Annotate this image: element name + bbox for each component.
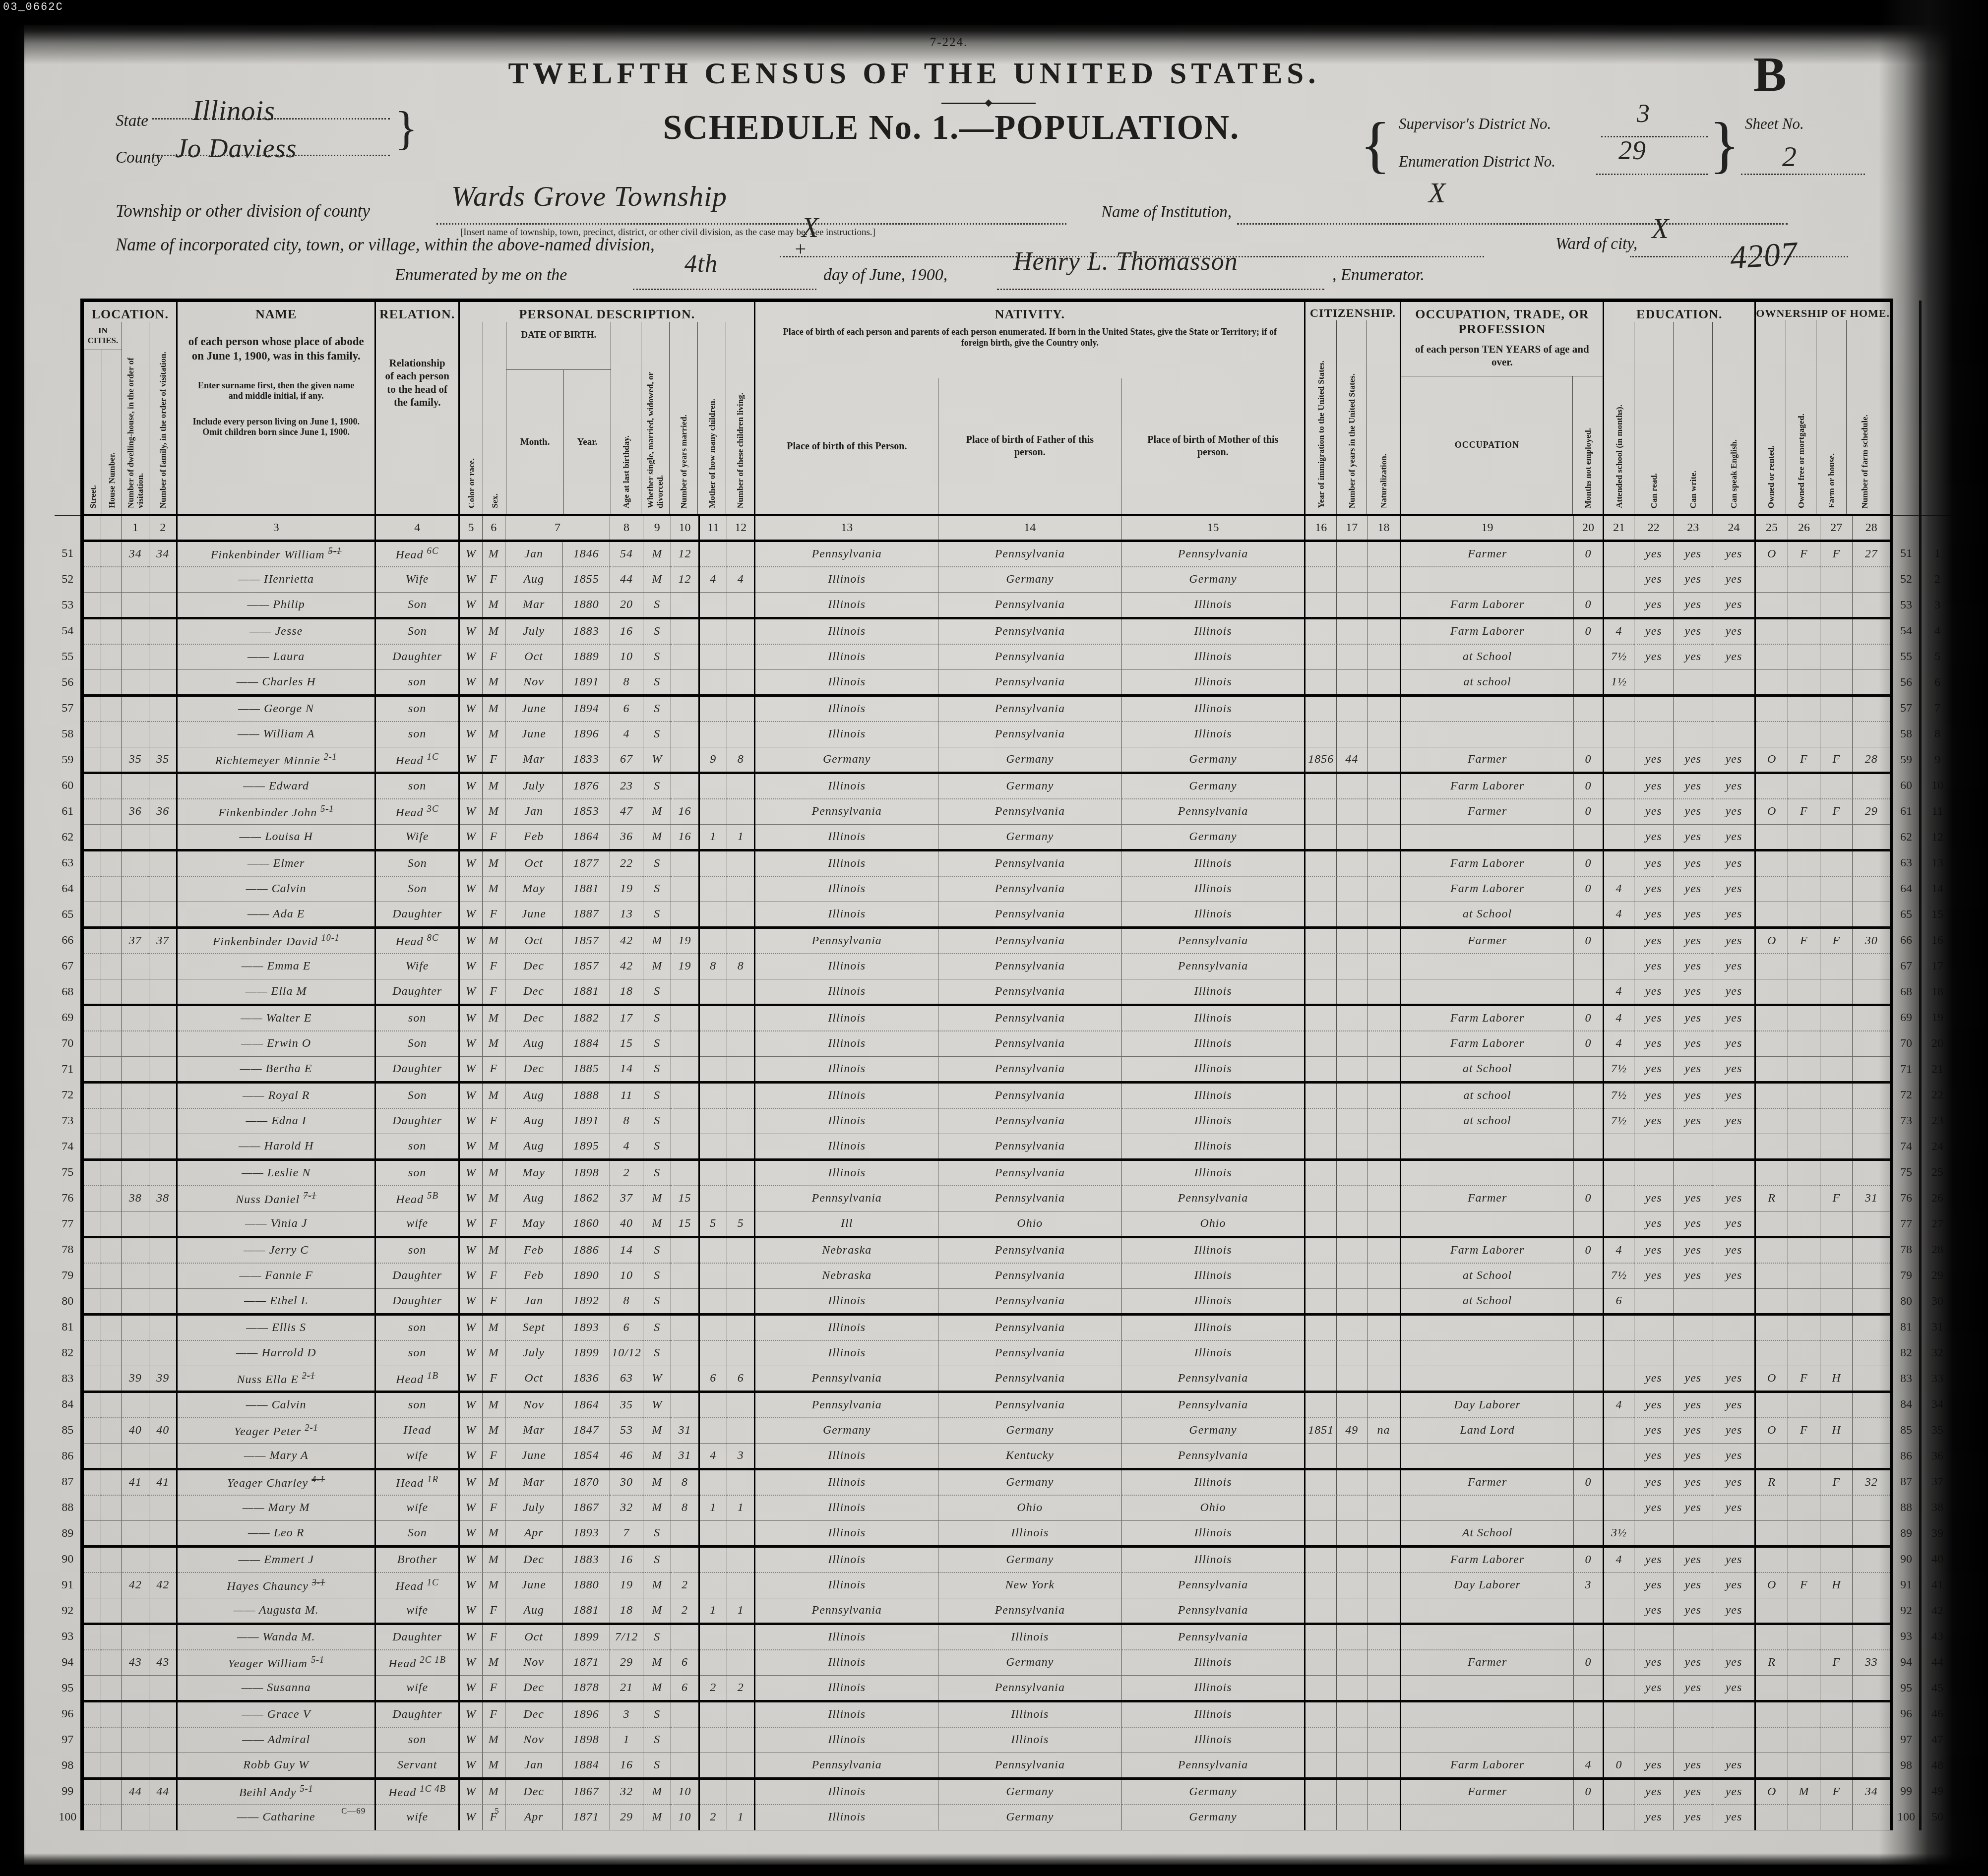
cell-farm-schedule: [1853, 902, 1891, 928]
cell-father-birthplace: Pennsylvania: [938, 928, 1122, 954]
cell-mother-of-children: [699, 618, 727, 644]
cell-birth-year: 1854: [562, 1444, 610, 1469]
cell-father-birthplace: Pennsylvania: [938, 1134, 1122, 1160]
cell-sex: F: [482, 825, 505, 850]
cell-mother-of-children: [699, 541, 727, 567]
cell-free-mortgaged: [1788, 1469, 1820, 1495]
cell-mother-of-children: 1: [699, 1598, 727, 1624]
cell-mother-of-children: [699, 1469, 727, 1495]
sequence-number: 4: [1920, 618, 1953, 644]
cell-owned-rented: [1755, 1521, 1788, 1547]
cell-relation: son: [375, 773, 459, 799]
cell-years-married: [671, 1134, 699, 1160]
cell-birth-year: 1891: [562, 670, 610, 696]
cell-mother-of-children: [699, 902, 727, 928]
cell-name: —— Bertha E: [177, 1057, 375, 1083]
cell-birth-year: 1899: [562, 1340, 610, 1366]
cell-dwelling-number: [122, 1727, 149, 1753]
cell-marital-status: S: [643, 1547, 671, 1573]
cell-years-in-us: [1337, 1779, 1367, 1805]
cell-farm-schedule: [1853, 1315, 1891, 1340]
cell-marital-status: S: [643, 1727, 671, 1753]
cell-children-living: 8: [727, 954, 755, 979]
line-number-right: 63: [1891, 850, 1920, 876]
cell-color-race: W: [459, 1392, 482, 1418]
cell-can-read: [1634, 1160, 1674, 1186]
cell-occupation: [1401, 696, 1573, 722]
cell-street: [82, 928, 101, 954]
cell-free-mortgaged: [1788, 1263, 1820, 1289]
cell-birth-month: Dec: [505, 1005, 562, 1031]
cell-months-not-employed: [1573, 1392, 1604, 1418]
cell-birthplace: Illinois: [755, 1650, 938, 1676]
cell-owned-rented: O: [1755, 1418, 1788, 1444]
header-dwelling-number: Number of dwelling-house, in the order o…: [126, 340, 145, 508]
cell-color-race: W: [459, 1237, 482, 1263]
cell-free-mortgaged: F: [1788, 1418, 1820, 1444]
cell-sex: M: [482, 1083, 505, 1108]
cell-owned-rented: O: [1755, 541, 1788, 567]
cell-birth-month: May: [505, 1211, 562, 1237]
line-number-right: 88: [1891, 1495, 1920, 1521]
cell-immigration-year: [1305, 1392, 1337, 1418]
cell-farm-house: [1820, 1521, 1853, 1547]
cell-family-number: 34: [149, 541, 177, 567]
cell-free-mortgaged: [1788, 1315, 1820, 1340]
cell-name: Finkenbinder William 5-1: [177, 541, 375, 567]
cell-years-in-us: [1337, 1031, 1367, 1057]
cell-can-speak-english: yes: [1713, 618, 1755, 644]
cell-farm-schedule: [1853, 1160, 1891, 1186]
line-number-left: 66: [55, 928, 82, 954]
cell-birthplace: Pennsylvania: [755, 928, 938, 954]
cell-street: [82, 1418, 101, 1444]
census-row: 69—— Walter EsonWMDec188217SIllinoisPenn…: [55, 1005, 1953, 1031]
cell-birth-month: Apr: [505, 1521, 562, 1547]
census-row: 62—— Louisa HWifeWFFeb186436M1611Illinoi…: [55, 825, 1953, 850]
cell-father-birthplace: Ohio: [938, 1495, 1122, 1521]
cell-birthplace: Pennsylvania: [755, 541, 938, 567]
cell-immigration-year: [1305, 696, 1337, 722]
cell-immigration-year: [1305, 850, 1337, 876]
sequence-number: 15: [1920, 902, 1953, 928]
cell-age: 40: [610, 1211, 643, 1237]
cell-farm-schedule: [1853, 1005, 1891, 1031]
cell-birth-month: June: [505, 1444, 562, 1469]
cell-naturalization: [1367, 773, 1401, 799]
cell-relation: Head 1R: [375, 1469, 459, 1495]
cell-dwelling-number: 41: [122, 1469, 149, 1495]
cell-months-not-employed: [1573, 1211, 1604, 1237]
cell-can-read: yes: [1634, 876, 1674, 902]
cell-father-birthplace: Germany: [938, 1418, 1122, 1444]
cell-years-in-us: 44: [1337, 747, 1367, 773]
cell-years-in-us: [1337, 1624, 1367, 1650]
cell-mother-birthplace: Illinois: [1121, 1031, 1305, 1057]
cell-can-speak-english: yes: [1713, 1005, 1755, 1031]
cell-occupation: [1401, 1211, 1573, 1237]
cell-family-number: [149, 1108, 177, 1134]
cell-father-birthplace: Pennsylvania: [938, 644, 1122, 670]
cell-can-write: yes: [1674, 1444, 1713, 1469]
census-row: 874141Yeager Charley 4-1Head 1RWMMar1870…: [55, 1469, 1953, 1495]
cell-family-number: 35: [149, 747, 177, 773]
cell-months-not-employed: [1573, 1289, 1604, 1315]
cell-dwelling-number: [122, 722, 149, 747]
cell-age: 32: [610, 1779, 643, 1805]
census-row: 56—— Charles HsonWMNov18918SIllinoisPenn…: [55, 670, 1953, 696]
cell-immigration-year: [1305, 1598, 1337, 1624]
cell-can-read: yes: [1634, 1031, 1674, 1057]
district-brace-open: {: [1360, 108, 1390, 181]
cell-farm-house: [1820, 1289, 1853, 1315]
cell-mother-of-children: [699, 1573, 727, 1598]
cell-attended-school: 4: [1604, 876, 1634, 902]
cell-children-living: [727, 1237, 755, 1263]
cell-can-read: yes: [1634, 1573, 1674, 1598]
cell-birthplace: Illinois: [755, 1444, 938, 1469]
column-number: 27: [1820, 515, 1853, 541]
cell-occupation: [1401, 1340, 1573, 1366]
cell-mother-of-children: [699, 696, 727, 722]
cell-father-birthplace: Pennsylvania: [938, 1315, 1122, 1340]
line-number-right: 92: [1891, 1598, 1920, 1624]
cell-farm-house: [1820, 954, 1853, 979]
header-age: Age at last birthday.: [621, 435, 631, 508]
cell-color-race: W: [459, 1624, 482, 1650]
cell-birthplace: Illinois: [755, 954, 938, 979]
cell-years-in-us: [1337, 1134, 1367, 1160]
cell-mother-birthplace: Germany: [1121, 825, 1305, 850]
cell-marital-status: S: [643, 1237, 671, 1263]
sheet-no-value: 2: [1782, 140, 1797, 173]
cell-farm-house: [1820, 902, 1853, 928]
sequence-number: 6: [1920, 670, 1953, 696]
cell-color-race: W: [459, 979, 482, 1005]
cell-mother-of-children: [699, 850, 727, 876]
line-number-left: 76: [55, 1186, 82, 1211]
cell-can-write: [1674, 722, 1713, 747]
cell-dwelling-number: [122, 1495, 149, 1521]
cell-birth-month: Sept: [505, 1315, 562, 1340]
cell-farm-schedule: [1853, 1444, 1891, 1469]
column-number: 16: [1305, 515, 1337, 541]
cell-immigration-year: [1305, 1108, 1337, 1134]
cell-years-in-us: [1337, 1469, 1367, 1495]
cell-house-number: [101, 670, 122, 696]
cell-house-number: [101, 1418, 122, 1444]
cell-owned-rented: [1755, 1805, 1788, 1830]
cell-years-married: 10: [671, 1805, 699, 1830]
cell-birth-month: June: [505, 696, 562, 722]
cell-birth-year: 1896: [562, 1701, 610, 1727]
cell-attended-school: 7½: [1604, 644, 1634, 670]
cell-street: [82, 1495, 101, 1521]
cell-immigration-year: [1305, 670, 1337, 696]
cell-naturalization: [1367, 696, 1401, 722]
line-number-left: 84: [55, 1392, 82, 1418]
cell-immigration-year: [1305, 644, 1337, 670]
cell-birthplace: Illinois: [755, 850, 938, 876]
cell-name: —— Calvin: [177, 876, 375, 902]
cell-months-not-employed: [1573, 1315, 1604, 1340]
cell-children-living: [727, 644, 755, 670]
line-number-right: 74: [1891, 1134, 1920, 1160]
cell-can-write: yes: [1674, 1753, 1713, 1779]
cell-house-number: [101, 722, 122, 747]
cell-birth-month: Feb: [505, 1263, 562, 1289]
line-number-right: 87: [1891, 1469, 1920, 1495]
cell-free-mortgaged: F: [1788, 1366, 1820, 1392]
cell-farm-schedule: [1853, 618, 1891, 644]
cell-mother-of-children: [699, 670, 727, 696]
cell-occupation: Farm Laborer: [1401, 1753, 1573, 1779]
cell-age: 42: [610, 928, 643, 954]
census-row: 73—— Edna IDaughterWFAug18918SIllinoisPe…: [55, 1108, 1953, 1134]
cell-age: 18: [610, 979, 643, 1005]
cell-naturalization: [1367, 1444, 1401, 1469]
cell-age: 29: [610, 1650, 643, 1676]
cell-farm-house: F: [1820, 1650, 1853, 1676]
cell-birth-year: 1847: [562, 1418, 610, 1444]
cell-birth-month: Aug: [505, 1598, 562, 1624]
cell-naturalization: [1367, 541, 1401, 567]
line-number-right: 64: [1891, 876, 1920, 902]
cell-birth-month: Dec: [505, 1676, 562, 1701]
line-number-left: 54: [55, 618, 82, 644]
cell-can-read: yes: [1634, 1211, 1674, 1237]
cell-name: —— Mary A: [177, 1444, 375, 1469]
census-row: 60—— EdwardsonWMJuly187623SIllinoisGerma…: [55, 773, 1953, 799]
cell-birth-year: 1862: [562, 1186, 610, 1211]
cell-farm-house: [1820, 1160, 1853, 1186]
cell-can-read: [1634, 1134, 1674, 1160]
cell-name: —— Emma E: [177, 954, 375, 979]
cell-farm-schedule: [1853, 1598, 1891, 1624]
cell-mother-birthplace: Illinois: [1121, 696, 1305, 722]
cell-attended-school: 6: [1604, 1289, 1634, 1315]
cell-years-married: 16: [671, 825, 699, 850]
cell-children-living: [727, 1469, 755, 1495]
cell-age: 67: [610, 747, 643, 773]
cell-father-birthplace: Pennsylvania: [938, 1083, 1122, 1108]
cell-children-living: 2: [727, 1676, 755, 1701]
column-number: [82, 515, 101, 541]
sequence-number: 49: [1920, 1779, 1953, 1805]
cell-relation: Son: [375, 1521, 459, 1547]
cell-name: —— Henrietta: [177, 567, 375, 593]
line-number-left: 94: [55, 1650, 82, 1676]
cell-father-birthplace: Germany: [938, 747, 1122, 773]
cell-attended-school: 4: [1604, 618, 1634, 644]
cell-months-not-employed: 3: [1573, 1573, 1604, 1598]
line-number-right: 72: [1891, 1083, 1920, 1108]
cell-house-number: [101, 1779, 122, 1805]
cell-house-number: [101, 979, 122, 1005]
cell-birth-year: 1860: [562, 1211, 610, 1237]
cell-can-read: yes: [1634, 1753, 1674, 1779]
sequence-number: 2: [1920, 567, 1953, 593]
cell-street: [82, 902, 101, 928]
cell-name: —— Edna I: [177, 1108, 375, 1134]
cell-birth-month: Mar: [505, 593, 562, 618]
cell-relation: Wife: [375, 954, 459, 979]
cell-relation: son: [375, 1160, 459, 1186]
cell-farm-schedule: [1853, 567, 1891, 593]
cell-mother-of-children: 1: [699, 825, 727, 850]
cell-immigration-year: [1305, 1805, 1337, 1830]
cell-occupation: at School: [1401, 1057, 1573, 1083]
cell-children-living: [727, 1701, 755, 1727]
cell-children-living: [727, 1108, 755, 1134]
cell-father-birthplace: Pennsylvania: [938, 876, 1122, 902]
cell-months-not-employed: 0: [1573, 928, 1604, 954]
enumerated-line2: [997, 289, 1324, 290]
cell-owned-rented: R: [1755, 1650, 1788, 1676]
cell-father-birthplace: Pennsylvania: [938, 593, 1122, 618]
cell-months-not-employed: 0: [1573, 1237, 1604, 1263]
cell-mother-birthplace: Illinois: [1121, 1289, 1305, 1315]
cell-years-in-us: [1337, 1392, 1367, 1418]
line-number-right: 51: [1891, 541, 1920, 567]
cell-free-mortgaged: M: [1788, 1779, 1820, 1805]
cell-sex: M: [482, 1521, 505, 1547]
cell-family-number: [149, 1805, 177, 1830]
cell-years-in-us: [1337, 1366, 1367, 1392]
cell-can-write: yes: [1674, 1650, 1713, 1676]
cell-free-mortgaged: [1788, 773, 1820, 799]
cell-marital-status: M: [643, 1650, 671, 1676]
cell-years-in-us: [1337, 1237, 1367, 1263]
cell-birthplace: Nebraska: [755, 1263, 938, 1289]
cell-can-speak-english: yes: [1713, 1573, 1755, 1598]
cell-age: 32: [610, 1495, 643, 1521]
cell-marital-status: S: [643, 1134, 671, 1160]
census-row: 92—— Augusta M.wifeWFAug188118M211Pennsy…: [55, 1598, 1953, 1624]
cell-months-not-employed: [1573, 1083, 1604, 1108]
cell-children-living: [727, 1624, 755, 1650]
sequence-number: 3: [1920, 593, 1953, 618]
sequence-number: 46: [1920, 1701, 1953, 1727]
census-row: 52—— HenriettaWifeWFAug185544M1244Illino…: [55, 567, 1953, 593]
line-number-left: 71: [55, 1057, 82, 1083]
census-row: 663737Finkenbinder David 10-1Head 8CWMOc…: [55, 928, 1953, 954]
cell-mother-of-children: 6: [699, 1366, 727, 1392]
cell-marital-status: S: [643, 1005, 671, 1031]
cell-naturalization: [1367, 1521, 1401, 1547]
line-number-left: 81: [55, 1315, 82, 1340]
cell-color-race: W: [459, 902, 482, 928]
cell-occupation: Farmer: [1401, 1186, 1573, 1211]
cell-attended-school: 4: [1604, 979, 1634, 1005]
cell-immigration-year: [1305, 1134, 1337, 1160]
cell-can-speak-english: [1713, 1624, 1755, 1650]
cell-birthplace: Illinois: [755, 1573, 938, 1598]
cell-farm-schedule: [1853, 1108, 1891, 1134]
cell-can-speak-english: yes: [1713, 902, 1755, 928]
cell-can-read: yes: [1634, 1366, 1674, 1392]
cell-attended-school: [1604, 541, 1634, 567]
cell-street: [82, 1263, 101, 1289]
cell-farm-schedule: 34: [1853, 1779, 1891, 1805]
cell-owned-rented: O: [1755, 928, 1788, 954]
cell-can-speak-english: yes: [1713, 567, 1755, 593]
cell-street: [82, 979, 101, 1005]
cell-free-mortgaged: [1788, 670, 1820, 696]
cell-occupation: Farmer: [1401, 928, 1573, 954]
cell-age: 7/12: [610, 1624, 643, 1650]
cell-can-read: yes: [1634, 1805, 1674, 1830]
cell-children-living: [727, 1160, 755, 1186]
cell-mother-birthplace: Pennsylvania: [1121, 1392, 1305, 1418]
cell-family-number: [149, 1727, 177, 1753]
cell-children-living: 3: [727, 1444, 755, 1469]
cell-father-birthplace: Pennsylvania: [938, 1289, 1122, 1315]
cell-months-not-employed: 0: [1573, 1469, 1604, 1495]
cell-naturalization: [1367, 1134, 1401, 1160]
cell-family-number: [149, 1495, 177, 1521]
cell-occupation: Farmer: [1401, 1650, 1573, 1676]
header-can-write: Can write.: [1688, 471, 1698, 508]
cell-farm-schedule: [1853, 670, 1891, 696]
cell-months-not-employed: [1573, 1521, 1604, 1547]
cell-family-number: 37: [149, 928, 177, 954]
cell-birth-month: Dec: [505, 979, 562, 1005]
cell-can-speak-english: yes: [1713, 1083, 1755, 1108]
cell-occupation: Day Laborer: [1401, 1392, 1573, 1418]
header-pob: Place of birth of this Person.: [755, 378, 938, 514]
sequence-number: 32: [1920, 1340, 1953, 1366]
cell-farm-house: [1820, 1805, 1853, 1830]
cell-birth-month: June: [505, 1573, 562, 1598]
cell-months-not-employed: [1573, 1495, 1604, 1521]
cell-sex: M: [482, 1031, 505, 1057]
column-number: 1: [122, 515, 149, 541]
cell-house-number: [101, 1495, 122, 1521]
cell-can-speak-english: [1713, 1521, 1755, 1547]
cell-house-number: [101, 1469, 122, 1495]
cell-children-living: [727, 1753, 755, 1779]
cell-color-race: W: [459, 1289, 482, 1315]
cell-children-living: 1: [727, 1805, 755, 1830]
cell-mother-birthplace: Pennsylvania: [1121, 1573, 1305, 1598]
cell-father-birthplace: Pennsylvania: [938, 902, 1122, 928]
line-number-left: 51: [55, 541, 82, 567]
cell-family-number: [149, 1237, 177, 1263]
sequence-number: 11: [1920, 799, 1953, 825]
column-number: 21: [1604, 515, 1634, 541]
cell-birth-year: 1864: [562, 1392, 610, 1418]
cell-birthplace: Germany: [755, 1418, 938, 1444]
cell-dwelling-number: [122, 1392, 149, 1418]
cell-father-birthplace: Pennsylvania: [938, 1392, 1122, 1418]
cell-farm-house: [1820, 773, 1853, 799]
cell-occupation: Farm Laborer: [1401, 1031, 1573, 1057]
cell-naturalization: [1367, 1083, 1401, 1108]
cell-birthplace: Illinois: [755, 902, 938, 928]
cell-attended-school: [1604, 954, 1634, 979]
cell-house-number: [101, 1805, 122, 1830]
cell-color-race: W: [459, 1676, 482, 1701]
column-number: 11: [699, 515, 727, 541]
cell-can-speak-english: yes: [1713, 593, 1755, 618]
cell-dwelling-number: [122, 1676, 149, 1701]
census-row: 71—— Bertha EDaughterWFDec188514SIllinoi…: [55, 1057, 1953, 1083]
cell-name: —— Royal R: [177, 1083, 375, 1108]
cell-free-mortgaged: [1788, 1134, 1820, 1160]
line-number-right: 54: [1891, 618, 1920, 644]
sequence-number: 17: [1920, 954, 1953, 979]
